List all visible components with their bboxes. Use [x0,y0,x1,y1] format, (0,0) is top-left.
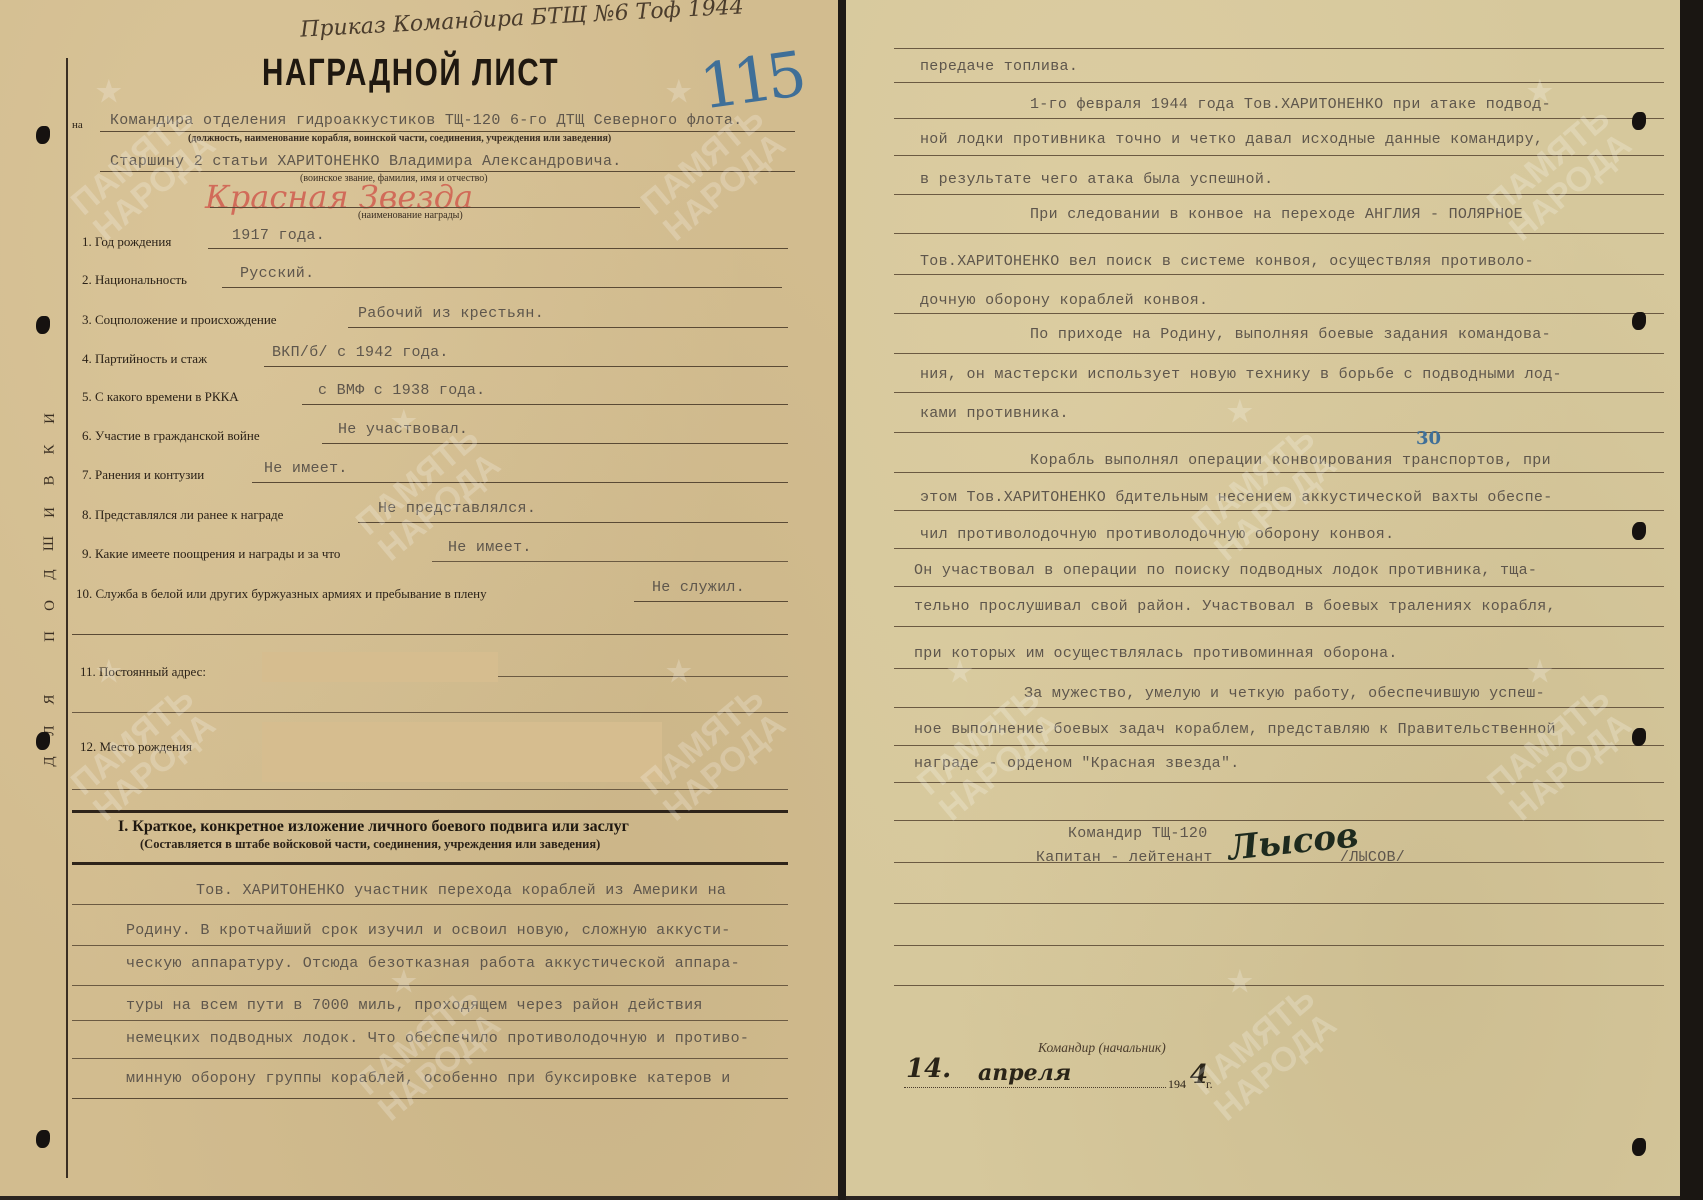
field-label: Партийность и стаж [95,351,207,366]
binding-hole [36,126,50,144]
field-value: Не участвовал. [338,421,468,438]
binding-hole [1632,1138,1646,1156]
date-year-unit: г. [1206,1077,1213,1092]
section-bottom-rule [72,862,788,865]
narrative-line: в результате чего атака была успешной. [920,171,1273,188]
binding-hole [1632,522,1646,540]
field-label: С какого времени в РККА [95,389,239,404]
field-value: Русский. [240,265,314,282]
field-value: Не представлялся. [378,500,536,517]
position-caption: (должность, наименование корабля, воинск… [188,133,611,144]
commander-caption: Командир (начальник) [1038,1040,1166,1056]
section-subtitle: (Составляется в штабе войсковой части, с… [140,837,600,852]
narrative-line: немецких подводных лодок. Что обеспечило… [126,1030,749,1047]
narrative-line: ния, он мастерски использует новую техни… [920,366,1562,383]
signatory-rank: Капитан - лейтенант [1036,849,1213,866]
narrative-line: передаче топлива. [920,58,1078,75]
field-value: Не служил. [652,579,745,596]
field-value: Не имеет. [448,539,532,556]
position-value: Командира отделения гидроаккустиков ТЩ-1… [110,112,743,129]
narrative-line: этом Тов.ХАРИТОНЕНКО бдительным несением… [920,489,1553,506]
narrative-line: дочную оборону кораблей конвоя. [920,292,1208,309]
binding-hole [36,732,50,750]
field-label: Год рождения [95,234,171,249]
narrative-line: Корабль выполнял операции конвоирования … [1030,452,1551,469]
date-month: апреля [978,1060,1071,1086]
binding-hole [1632,112,1646,130]
field-label: Национальность [95,272,187,287]
date-year-prefix: 194 [1168,1077,1186,1092]
field-value: ВКП/б/ с 1942 года. [272,344,449,361]
page-spine [838,0,846,1200]
binding-hole [1632,728,1646,746]
narrative-line: За мужество, умелую и четкую работу, обе… [1024,685,1545,702]
field-label: Какие имеете поощрения и награды и за чт… [95,546,340,561]
document-title: НАГРАДНОЙ ЛИСТ [262,52,559,95]
field-label: Служба в белой или других буржуазных арм… [96,586,487,601]
date-day: 14. [906,1054,951,1084]
name-value: Старшину 2 статьи ХАРИТОНЕНКО Владимира … [110,153,622,170]
section-top-rule [72,810,788,813]
position-underline [100,131,795,132]
signatory-title: Командир ТЩ-120 [1068,825,1208,842]
signatory-name: /ЛЫСОВ/ [1340,849,1405,866]
narrative-line: при которых им осуществлялась противомин… [914,645,1398,662]
right-page: передаче топлива. 1-го февраля 1944 года… [846,0,1680,1196]
narrative-line: Тов.ХАРИТОНЕНКО вел поиск в системе конв… [920,253,1534,270]
section-title: I. Краткое, конкретное изложение личного… [118,818,629,836]
field-value: Не имеет. [264,460,348,477]
watermark-star-icon: ★ [1226,950,1254,1007]
margin-binding-line [66,58,68,1178]
field-label: Ранения и контузии [95,467,204,482]
narrative-line: ной лодки противника точно и четко давал… [920,131,1543,148]
narrative-line: По приходе на Родину, выполняя боевые за… [1030,326,1551,343]
field-label: Место рождения [100,739,192,754]
name-underline [100,171,795,172]
watermark: ПАМЯТЬНАРОДА [1186,981,1342,1128]
field-value: Рабочий из крестьян. [358,305,544,322]
watermark: ПАМЯТЬНАРОДА [911,681,1067,828]
watermark-star-icon: ★ [665,640,693,697]
blue-pencil-number: 115 [695,37,805,123]
scan-right-edge [1680,0,1703,1200]
narrative-line: тельно прослушивал свой район. Участвова… [914,598,1556,615]
narrative-line: награде - орденом "Красная звезда". [914,755,1240,772]
binding-hole [1632,312,1646,330]
narrative-line: ное выполнение боевых задач кораблем, пр… [914,721,1556,738]
narrative-line: минную оборону группы кораблей, особенно… [126,1070,731,1087]
watermark-star-icon: ★ [1226,380,1254,437]
narrative-line: 1-го февраля 1944 года Тов.ХАРИТОНЕНКО п… [1030,96,1551,113]
award-underline [210,207,640,208]
watermark-star-icon: ★ [665,60,693,117]
left-page: Приказ Командира БТЩ №6 Тоф 1944 ИКВИШДО… [0,0,838,1196]
narrative-line: Родину. В кротчайший срок изучил и освои… [126,922,731,939]
watermark-star-icon: ★ [95,60,123,117]
narrative-line: туры на всем пути в 7000 миль, проходяще… [126,997,703,1014]
field-label: Постоянный адрес: [99,664,206,679]
narrative-line: чил противолодочную противолодочную обор… [920,526,1394,543]
field-label: Соцположение и происхождение [95,312,277,327]
award-caption: (наименование награды) [358,210,463,221]
narrative-line: ческую аппаратуру. Отсюда безотказная ра… [126,955,740,972]
narrative-line: При следовании в конвое на переходе АНГЛ… [1030,206,1523,223]
na-label: на [72,119,83,131]
binding-hole [36,1130,50,1148]
watermark: ПАМЯТЬНАРОДА [1481,681,1637,828]
margin-vertical-label: ИКВИШДОП ЯЛД [40,410,60,770]
field-label: Участие в гражданской войне [95,428,260,443]
blue-margin-number: 30 [1416,428,1441,449]
watermark: ПАМЯТЬНАРОДА [1481,101,1637,248]
redacted-birthplace [262,722,662,782]
date-dotted-line [904,1087,1166,1088]
field-value: 1917 года. [232,227,325,244]
narrative-line: Тов. ХАРИТОНЕНКО участник перехода кораб… [196,882,726,899]
field-label: Представлялся ли ранее к награде [95,507,283,522]
redacted-address [262,652,498,682]
narrative-line: ками противника. [920,405,1069,422]
handwritten-order-note: Приказ Командира БТЩ №6 Тоф 1944 [300,0,745,43]
field-value: с ВМФ с 1938 года. [318,382,485,399]
narrative-line: Он участвовал в операции по поиску подво… [914,562,1537,579]
binding-hole [36,316,50,334]
